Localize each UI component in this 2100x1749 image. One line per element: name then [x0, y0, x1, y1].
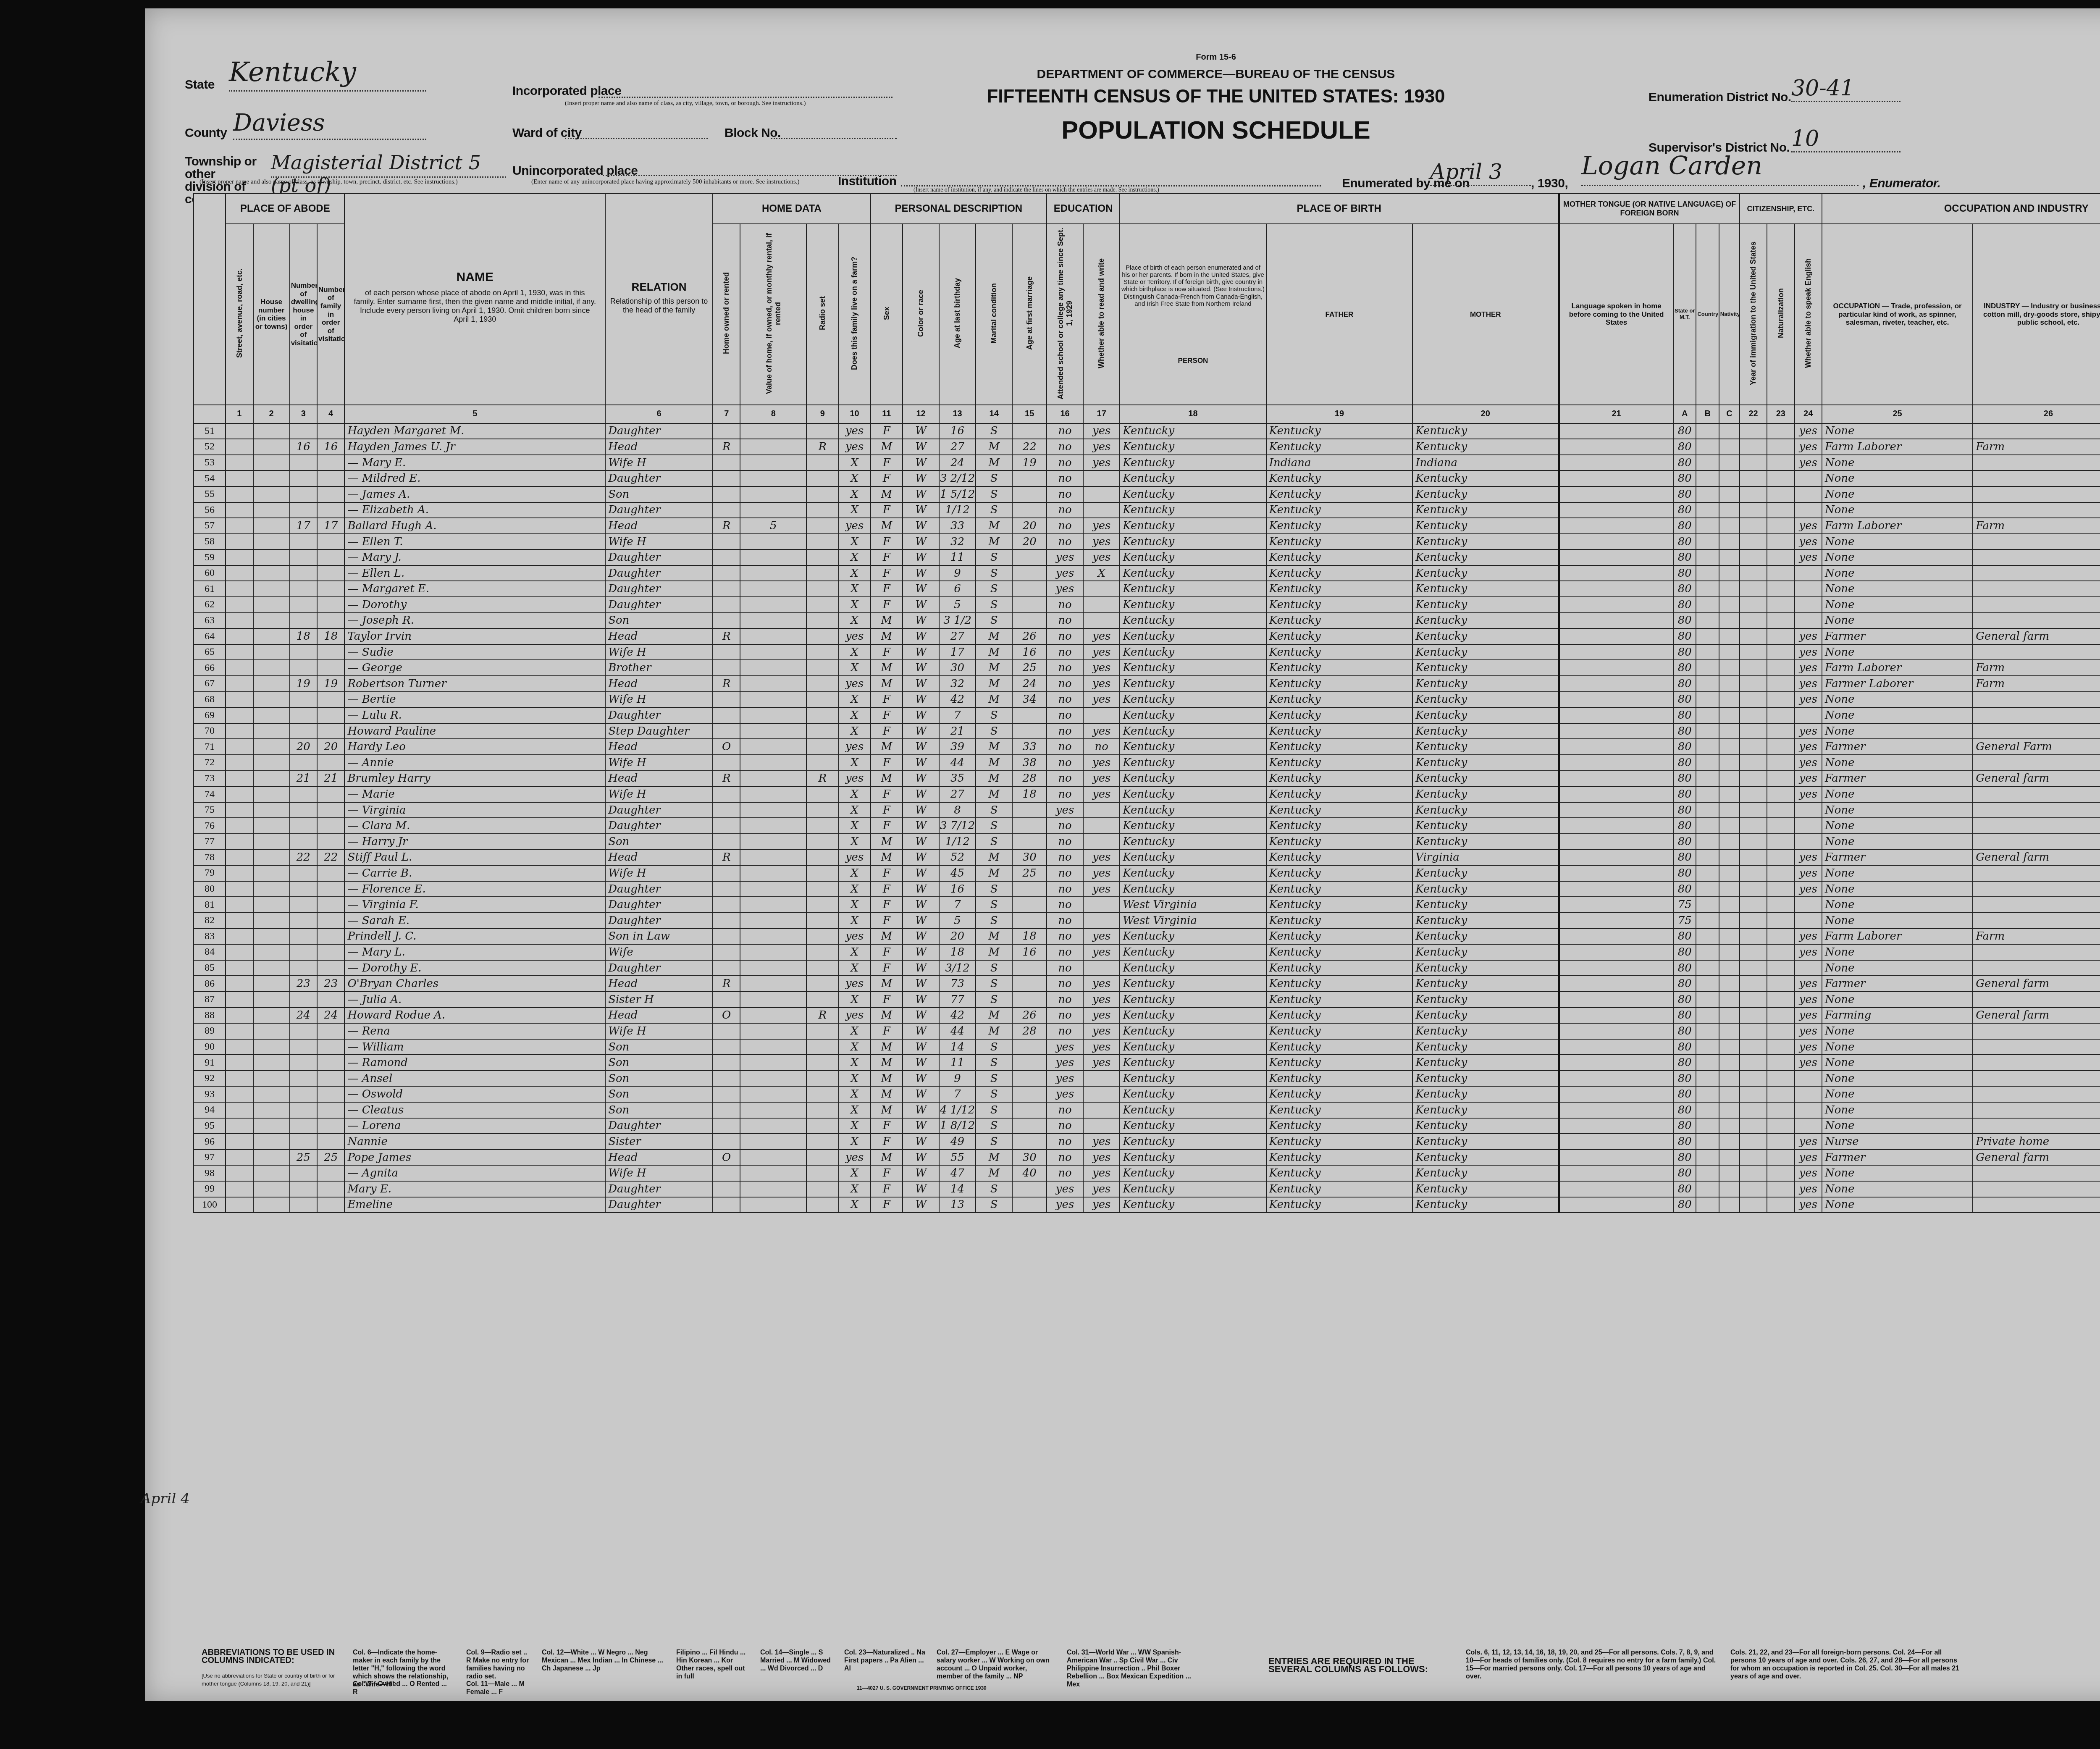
age-cell[interactable]: 18: [939, 944, 976, 960]
home-value-cell[interactable]: [740, 534, 806, 550]
immigration-year-cell[interactable]: [1740, 976, 1767, 992]
marital-cell[interactable]: S: [976, 549, 1012, 565]
code-b-cell[interactable]: [1696, 913, 1719, 929]
race-cell[interactable]: W: [903, 518, 939, 534]
industry-cell[interactable]: [1973, 534, 2100, 550]
occupation-cell[interactable]: None: [1822, 1055, 1973, 1071]
house-number-cell[interactable]: [253, 786, 290, 802]
sex-cell[interactable]: F: [871, 581, 903, 597]
owned-rented-cell[interactable]: [713, 1197, 740, 1213]
farm-cell[interactable]: X: [839, 486, 871, 502]
father-birthplace-cell[interactable]: Kentucky: [1266, 1102, 1412, 1118]
age-cell[interactable]: 52: [939, 850, 976, 866]
immigration-year-cell[interactable]: [1740, 439, 1767, 455]
code-c-cell[interactable]: [1719, 818, 1740, 834]
occupation-cell[interactable]: Farm Laborer: [1822, 660, 1973, 676]
farm-cell[interactable]: X: [839, 913, 871, 929]
father-birthplace-cell[interactable]: Kentucky: [1266, 1008, 1412, 1024]
language-cell[interactable]: [1559, 1008, 1673, 1024]
home-value-cell[interactable]: [740, 1134, 806, 1150]
radio-cell[interactable]: [806, 565, 838, 581]
street-cell[interactable]: [226, 802, 253, 818]
race-cell[interactable]: W: [903, 613, 939, 629]
father-birthplace-cell[interactable]: Kentucky: [1266, 1134, 1412, 1150]
age-cell[interactable]: 11: [939, 549, 976, 565]
house-number-cell[interactable]: [253, 1150, 290, 1166]
relation-cell[interactable]: Wife H: [605, 865, 713, 881]
house-number-cell[interactable]: [253, 960, 290, 976]
relation-cell[interactable]: Daughter: [605, 502, 713, 518]
name-cell[interactable]: Hardy Leo: [344, 739, 605, 755]
occupation-cell[interactable]: None: [1822, 1023, 1973, 1039]
mother-birthplace-cell[interactable]: Kentucky: [1412, 818, 1559, 834]
immigration-year-cell[interactable]: [1740, 850, 1767, 866]
home-value-cell[interactable]: [740, 1150, 806, 1166]
dwelling-number-cell[interactable]: [290, 1086, 317, 1102]
race-cell[interactable]: W: [903, 802, 939, 818]
naturalization-cell[interactable]: [1767, 992, 1794, 1008]
marital-cell[interactable]: S: [976, 1071, 1012, 1087]
farm-cell[interactable]: X: [839, 502, 871, 518]
race-cell[interactable]: W: [903, 676, 939, 692]
person-birthplace-cell[interactable]: Kentucky: [1120, 549, 1266, 565]
language-cell[interactable]: [1559, 1039, 1673, 1055]
industry-cell[interactable]: General farm: [1973, 771, 2100, 787]
code-c-cell[interactable]: [1719, 1039, 1740, 1055]
mother-birthplace-cell[interactable]: Kentucky: [1412, 1023, 1559, 1039]
mother-birthplace-cell[interactable]: Kentucky: [1412, 676, 1559, 692]
house-number-cell[interactable]: [253, 944, 290, 960]
occupation-cell[interactable]: None: [1822, 581, 1973, 597]
language-cell[interactable]: [1559, 518, 1673, 534]
farm-cell[interactable]: X: [839, 1165, 871, 1181]
father-birthplace-cell[interactable]: Kentucky: [1266, 470, 1412, 486]
naturalization-cell[interactable]: [1767, 581, 1794, 597]
school-cell[interactable]: no: [1047, 502, 1083, 518]
mother-birthplace-cell[interactable]: Kentucky: [1412, 534, 1559, 550]
dwelling-number-cell[interactable]: [290, 897, 317, 913]
marital-cell[interactable]: M: [976, 1165, 1012, 1181]
name-cell[interactable]: — Dorothy: [344, 597, 605, 613]
farm-cell[interactable]: X: [839, 597, 871, 613]
read-write-cell[interactable]: [1083, 581, 1120, 597]
owned-rented-cell[interactable]: [713, 1118, 740, 1134]
home-value-cell[interactable]: [740, 1008, 806, 1024]
relation-cell[interactable]: Daughter: [605, 707, 713, 723]
family-number-cell[interactable]: [317, 802, 344, 818]
industry-cell[interactable]: [1973, 802, 2100, 818]
radio-cell[interactable]: R: [806, 1008, 838, 1024]
immigration-year-cell[interactable]: [1740, 423, 1767, 439]
industry-cell[interactable]: [1973, 1055, 2100, 1071]
mother-birthplace-cell[interactable]: Kentucky: [1412, 1086, 1559, 1102]
street-cell[interactable]: [226, 628, 253, 644]
immigration-year-cell[interactable]: [1740, 913, 1767, 929]
code-c-cell[interactable]: [1719, 1134, 1740, 1150]
read-write-cell[interactable]: yes: [1083, 1134, 1120, 1150]
radio-cell[interactable]: [806, 723, 838, 739]
industry-cell[interactable]: General farm: [1973, 976, 2100, 992]
speak-english-cell[interactable]: [1795, 581, 1822, 597]
read-write-cell[interactable]: [1083, 1086, 1120, 1102]
sex-cell[interactable]: F: [871, 502, 903, 518]
house-number-cell[interactable]: [253, 1023, 290, 1039]
house-number-cell[interactable]: [253, 1197, 290, 1213]
radio-cell[interactable]: [806, 755, 838, 771]
age-cell[interactable]: 13: [939, 1197, 976, 1213]
family-number-cell[interactable]: [317, 455, 344, 471]
age-cell[interactable]: 24: [939, 455, 976, 471]
race-cell[interactable]: W: [903, 929, 939, 945]
code-c-cell[interactable]: [1719, 644, 1740, 660]
farm-cell[interactable]: X: [839, 1023, 871, 1039]
code-b-cell[interactable]: [1696, 470, 1719, 486]
mother-birthplace-cell[interactable]: Kentucky: [1412, 707, 1559, 723]
code-b-cell[interactable]: [1696, 1150, 1719, 1166]
enumerator-name[interactable]: Logan Carden: [1581, 151, 1858, 186]
read-write-cell[interactable]: yes: [1083, 692, 1120, 708]
school-cell[interactable]: no: [1047, 834, 1083, 850]
dwelling-number-cell[interactable]: 23: [290, 976, 317, 992]
marital-cell[interactable]: S: [976, 502, 1012, 518]
age-cell[interactable]: 35: [939, 771, 976, 787]
dwelling-number-cell[interactable]: [290, 549, 317, 565]
sex-cell[interactable]: M: [871, 929, 903, 945]
immigration-year-cell[interactable]: [1740, 739, 1767, 755]
house-number-cell[interactable]: [253, 549, 290, 565]
family-number-cell[interactable]: [317, 929, 344, 945]
read-write-cell[interactable]: yes: [1083, 1150, 1120, 1166]
marital-cell[interactable]: S: [976, 470, 1012, 486]
person-birthplace-cell[interactable]: Kentucky: [1120, 850, 1266, 866]
dwelling-number-cell[interactable]: [290, 755, 317, 771]
house-number-cell[interactable]: [253, 976, 290, 992]
code-a-cell[interactable]: 80: [1673, 944, 1696, 960]
house-number-cell[interactable]: [253, 1039, 290, 1055]
home-value-cell[interactable]: [740, 850, 806, 866]
naturalization-cell[interactable]: [1767, 597, 1794, 613]
language-cell[interactable]: [1559, 1071, 1673, 1087]
marital-cell[interactable]: S: [976, 1102, 1012, 1118]
mother-birthplace-cell[interactable]: Kentucky: [1412, 1008, 1559, 1024]
code-b-cell[interactable]: [1696, 755, 1719, 771]
age-first-marriage-cell[interactable]: [1012, 992, 1047, 1008]
farm-cell[interactable]: yes: [839, 976, 871, 992]
dwelling-number-cell[interactable]: [290, 960, 317, 976]
school-cell[interactable]: no: [1047, 865, 1083, 881]
relation-cell[interactable]: Son: [605, 834, 713, 850]
father-birthplace-cell[interactable]: Kentucky: [1266, 1086, 1412, 1102]
language-cell[interactable]: [1559, 929, 1673, 945]
race-cell[interactable]: W: [903, 1165, 939, 1181]
read-write-cell[interactable]: yes: [1083, 518, 1120, 534]
age-first-marriage-cell[interactable]: [1012, 1118, 1047, 1134]
race-cell[interactable]: W: [903, 565, 939, 581]
language-cell[interactable]: [1559, 486, 1673, 502]
family-number-cell[interactable]: 24: [317, 1008, 344, 1024]
father-birthplace-cell[interactable]: Kentucky: [1266, 834, 1412, 850]
home-value-cell[interactable]: [740, 1039, 806, 1055]
street-cell[interactable]: [226, 1197, 253, 1213]
code-a-cell[interactable]: 80: [1673, 771, 1696, 787]
code-a-cell[interactable]: 80: [1673, 881, 1696, 897]
industry-cell[interactable]: Farm: [1973, 439, 2100, 455]
read-write-cell[interactable]: yes: [1083, 1023, 1120, 1039]
house-number-cell[interactable]: [253, 439, 290, 455]
age-cell[interactable]: 4 1/12: [939, 1102, 976, 1118]
home-value-cell[interactable]: [740, 818, 806, 834]
farm-cell[interactable]: yes: [839, 423, 871, 439]
person-birthplace-cell[interactable]: Kentucky: [1120, 1055, 1266, 1071]
marital-cell[interactable]: S: [976, 897, 1012, 913]
industry-cell[interactable]: [1973, 581, 2100, 597]
mother-birthplace-cell[interactable]: Kentucky: [1412, 913, 1559, 929]
name-cell[interactable]: Ballard Hugh A.: [344, 518, 605, 534]
language-cell[interactable]: [1559, 976, 1673, 992]
relation-cell[interactable]: Daughter: [605, 597, 713, 613]
radio-cell[interactable]: [806, 976, 838, 992]
name-cell[interactable]: Pope James: [344, 1150, 605, 1166]
farm-cell[interactable]: X: [839, 897, 871, 913]
sex-cell[interactable]: F: [871, 881, 903, 897]
industry-cell[interactable]: [1973, 865, 2100, 881]
radio-cell[interactable]: [806, 581, 838, 597]
farm-cell[interactable]: X: [839, 1134, 871, 1150]
industry-cell[interactable]: Private home: [1973, 1134, 2100, 1150]
immigration-year-cell[interactable]: [1740, 597, 1767, 613]
marital-cell[interactable]: M: [976, 929, 1012, 945]
speak-english-cell[interactable]: yes: [1795, 518, 1822, 534]
relation-cell[interactable]: Son: [605, 1055, 713, 1071]
father-birthplace-cell[interactable]: Kentucky: [1266, 881, 1412, 897]
street-cell[interactable]: [226, 1150, 253, 1166]
farm-cell[interactable]: yes: [839, 628, 871, 644]
mother-birthplace-cell[interactable]: Kentucky: [1412, 1039, 1559, 1055]
home-value-cell[interactable]: [740, 929, 806, 945]
age-first-marriage-cell[interactable]: [1012, 897, 1047, 913]
occupation-cell[interactable]: None: [1822, 565, 1973, 581]
race-cell[interactable]: W: [903, 1102, 939, 1118]
family-number-cell[interactable]: [317, 960, 344, 976]
name-cell[interactable]: — Florence E.: [344, 881, 605, 897]
industry-cell[interactable]: [1973, 549, 2100, 565]
naturalization-cell[interactable]: [1767, 660, 1794, 676]
father-birthplace-cell[interactable]: Kentucky: [1266, 644, 1412, 660]
immigration-year-cell[interactable]: [1740, 865, 1767, 881]
sex-cell[interactable]: M: [871, 613, 903, 629]
occupation-cell[interactable]: None: [1822, 723, 1973, 739]
occupation-cell[interactable]: None: [1822, 1039, 1973, 1055]
owned-rented-cell[interactable]: [713, 913, 740, 929]
home-value-cell[interactable]: [740, 1071, 806, 1087]
code-b-cell[interactable]: [1696, 1181, 1719, 1197]
street-cell[interactable]: [226, 518, 253, 534]
code-c-cell[interactable]: [1719, 1150, 1740, 1166]
race-cell[interactable]: W: [903, 534, 939, 550]
immigration-year-cell[interactable]: [1740, 818, 1767, 834]
marital-cell[interactable]: M: [976, 1023, 1012, 1039]
code-a-cell[interactable]: 80: [1673, 644, 1696, 660]
house-number-cell[interactable]: [253, 676, 290, 692]
age-first-marriage-cell[interactable]: [1012, 960, 1047, 976]
code-a-cell[interactable]: 80: [1673, 1118, 1696, 1134]
radio-cell[interactable]: [806, 1165, 838, 1181]
street-cell[interactable]: [226, 676, 253, 692]
radio-cell[interactable]: [806, 1134, 838, 1150]
house-number-cell[interactable]: [253, 455, 290, 471]
read-write-cell[interactable]: yes: [1083, 1165, 1120, 1181]
house-number-cell[interactable]: [253, 692, 290, 708]
code-b-cell[interactable]: [1696, 818, 1719, 834]
occupation-cell[interactable]: Farmer: [1822, 771, 1973, 787]
code-a-cell[interactable]: 80: [1673, 755, 1696, 771]
sex-cell[interactable]: M: [871, 976, 903, 992]
relation-cell[interactable]: Daughter: [605, 913, 713, 929]
radio-cell[interactable]: [806, 992, 838, 1008]
industry-cell[interactable]: [1973, 692, 2100, 708]
code-c-cell[interactable]: [1719, 628, 1740, 644]
sex-cell[interactable]: F: [871, 597, 903, 613]
father-birthplace-cell[interactable]: Kentucky: [1266, 771, 1412, 787]
age-first-marriage-cell[interactable]: 30: [1012, 850, 1047, 866]
owned-rented-cell[interactable]: O: [713, 1150, 740, 1166]
age-first-marriage-cell[interactable]: [1012, 597, 1047, 613]
dwelling-number-cell[interactable]: [290, 944, 317, 960]
radio-cell[interactable]: [806, 1197, 838, 1213]
code-b-cell[interactable]: [1696, 1086, 1719, 1102]
radio-cell[interactable]: [806, 960, 838, 976]
code-a-cell[interactable]: 80: [1673, 976, 1696, 992]
school-cell[interactable]: yes: [1047, 1039, 1083, 1055]
code-c-cell[interactable]: [1719, 929, 1740, 945]
family-number-cell[interactable]: [317, 1197, 344, 1213]
mother-birthplace-cell[interactable]: Kentucky: [1412, 1134, 1559, 1150]
occupation-cell[interactable]: None: [1822, 644, 1973, 660]
speak-english-cell[interactable]: yes: [1795, 423, 1822, 439]
school-cell[interactable]: no: [1047, 913, 1083, 929]
industry-cell[interactable]: General farm: [1973, 850, 2100, 866]
relation-cell[interactable]: Daughter: [605, 897, 713, 913]
marital-cell[interactable]: S: [976, 818, 1012, 834]
state-field[interactable]: Kentucky: [229, 57, 426, 92]
industry-cell[interactable]: [1973, 1197, 2100, 1213]
code-c-cell[interactable]: [1719, 470, 1740, 486]
code-b-cell[interactable]: [1696, 1118, 1719, 1134]
person-birthplace-cell[interactable]: Kentucky: [1120, 802, 1266, 818]
street-cell[interactable]: [226, 897, 253, 913]
owned-rented-cell[interactable]: R: [713, 518, 740, 534]
street-cell[interactable]: [226, 534, 253, 550]
owned-rented-cell[interactable]: [713, 992, 740, 1008]
home-value-cell[interactable]: [740, 423, 806, 439]
house-number-cell[interactable]: [253, 755, 290, 771]
name-cell[interactable]: — Julia A.: [344, 992, 605, 1008]
home-value-cell[interactable]: [740, 944, 806, 960]
code-c-cell[interactable]: [1719, 502, 1740, 518]
radio-cell[interactable]: [806, 1102, 838, 1118]
street-cell[interactable]: [226, 834, 253, 850]
immigration-year-cell[interactable]: [1740, 1118, 1767, 1134]
read-write-cell[interactable]: [1083, 470, 1120, 486]
name-cell[interactable]: Howard Rodue A.: [344, 1008, 605, 1024]
name-cell[interactable]: Robertson Turner: [344, 676, 605, 692]
age-first-marriage-cell[interactable]: 25: [1012, 865, 1047, 881]
person-birthplace-cell[interactable]: Kentucky: [1120, 423, 1266, 439]
marital-cell[interactable]: M: [976, 534, 1012, 550]
naturalization-cell[interactable]: [1767, 676, 1794, 692]
father-birthplace-cell[interactable]: Kentucky: [1266, 692, 1412, 708]
relation-cell[interactable]: Son: [605, 486, 713, 502]
code-c-cell[interactable]: [1719, 1181, 1740, 1197]
street-cell[interactable]: [226, 455, 253, 471]
family-number-cell[interactable]: [317, 660, 344, 676]
code-a-cell[interactable]: 80: [1673, 676, 1696, 692]
sex-cell[interactable]: F: [871, 944, 903, 960]
mother-birthplace-cell[interactable]: Kentucky: [1412, 597, 1559, 613]
age-first-marriage-cell[interactable]: 19: [1012, 455, 1047, 471]
industry-cell[interactable]: [1973, 818, 2100, 834]
sex-cell[interactable]: F: [871, 913, 903, 929]
family-number-cell[interactable]: 19: [317, 676, 344, 692]
marital-cell[interactable]: M: [976, 628, 1012, 644]
school-cell[interactable]: no: [1047, 723, 1083, 739]
speak-english-cell[interactable]: [1795, 960, 1822, 976]
name-cell[interactable]: — Oswold: [344, 1086, 605, 1102]
speak-english-cell[interactable]: yes: [1795, 1023, 1822, 1039]
name-cell[interactable]: — Dorothy E.: [344, 960, 605, 976]
occupation-cell[interactable]: None: [1822, 534, 1973, 550]
code-a-cell[interactable]: 80: [1673, 534, 1696, 550]
immigration-year-cell[interactable]: [1740, 707, 1767, 723]
radio-cell[interactable]: [806, 707, 838, 723]
industry-cell[interactable]: [1973, 723, 2100, 739]
age-first-marriage-cell[interactable]: 26: [1012, 1008, 1047, 1024]
code-c-cell[interactable]: [1719, 1023, 1740, 1039]
marital-cell[interactable]: M: [976, 676, 1012, 692]
house-number-cell[interactable]: [253, 1181, 290, 1197]
relation-cell[interactable]: Daughter: [605, 881, 713, 897]
person-birthplace-cell[interactable]: Kentucky: [1120, 486, 1266, 502]
radio-cell[interactable]: [806, 1150, 838, 1166]
street-cell[interactable]: [226, 660, 253, 676]
race-cell[interactable]: W: [903, 597, 939, 613]
dwelling-number-cell[interactable]: 22: [290, 850, 317, 866]
immigration-year-cell[interactable]: [1740, 1086, 1767, 1102]
mother-birthplace-cell[interactable]: Kentucky: [1412, 1071, 1559, 1087]
dwelling-number-cell[interactable]: 25: [290, 1150, 317, 1166]
street-cell[interactable]: [226, 1086, 253, 1102]
code-a-cell[interactable]: 80: [1673, 1039, 1696, 1055]
relation-cell[interactable]: Daughter: [605, 818, 713, 834]
age-cell[interactable]: 77: [939, 992, 976, 1008]
name-cell[interactable]: — Sarah E.: [344, 913, 605, 929]
speak-english-cell[interactable]: yes: [1795, 929, 1822, 945]
family-number-cell[interactable]: [317, 723, 344, 739]
read-write-cell[interactable]: [1083, 834, 1120, 850]
street-cell[interactable]: [226, 1118, 253, 1134]
person-birthplace-cell[interactable]: Kentucky: [1120, 439, 1266, 455]
speak-english-cell[interactable]: [1795, 1071, 1822, 1087]
marital-cell[interactable]: S: [976, 565, 1012, 581]
code-c-cell[interactable]: [1719, 944, 1740, 960]
read-write-cell[interactable]: yes: [1083, 1197, 1120, 1213]
radio-cell[interactable]: [806, 660, 838, 676]
farm-cell[interactable]: X: [839, 1055, 871, 1071]
occupation-cell[interactable]: None: [1822, 897, 1973, 913]
relation-cell[interactable]: Wife H: [605, 455, 713, 471]
age-cell[interactable]: 1 8/12: [939, 1118, 976, 1134]
age-first-marriage-cell[interactable]: 40: [1012, 1165, 1047, 1181]
